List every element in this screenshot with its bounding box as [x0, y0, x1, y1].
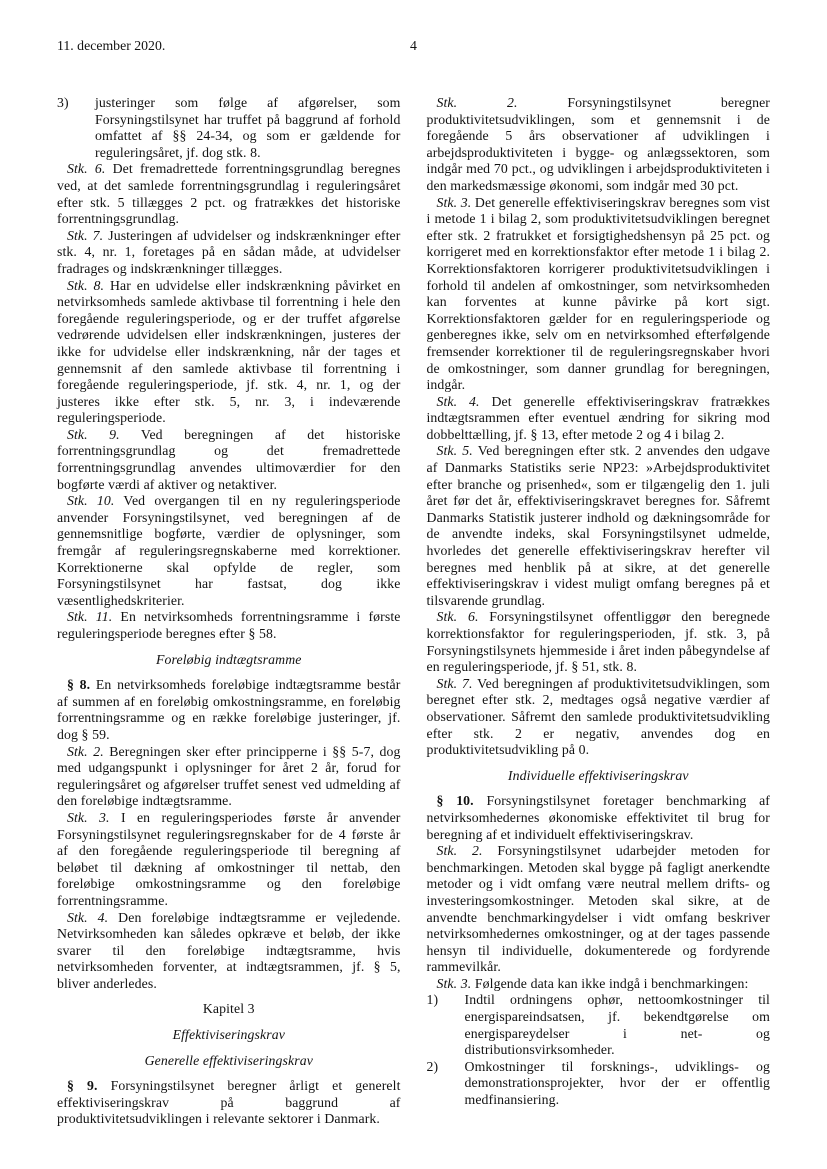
paragraph-text: Ved overgangen til en ny reguleringsperi…	[57, 493, 401, 608]
stk-label: Stk. 2.	[437, 95, 518, 110]
list-item: 1)Indtil ordningens ophør, nettoomkostni…	[427, 992, 771, 1058]
list-marker: 3)	[57, 95, 69, 112]
paragraph: § 9. Forsyningstilsynet beregner årligt …	[57, 1078, 401, 1128]
page-number: 4	[57, 38, 770, 54]
stk-label: Stk. 4.	[67, 910, 108, 925]
text-columns: 3)justeringer som følge af afgørelser, s…	[57, 95, 770, 1129]
stk-label: Stk. 11.	[67, 609, 112, 624]
paragraph: Stk. 2. Beregningen sker efter princippe…	[57, 744, 401, 810]
paragraph-text: En netvirksomheds foreløbige indtægtsram…	[57, 677, 401, 742]
paragraph: Stk. 3. I en reguleringsperiodes første …	[57, 810, 401, 910]
paragraph: Stk. 3. Følgende data kan ikke indgå i b…	[427, 976, 771, 993]
paragraph-text: Følgende data kan ikke indgå i benchmark…	[475, 976, 749, 991]
paragraph: Stk. 4. Den foreløbige indtægtsramme er …	[57, 910, 401, 993]
list-marker: 1)	[427, 992, 439, 1009]
chapter-heading: Kapitel 3	[57, 1001, 401, 1018]
paragraph: Stk. 7. Ved beregningen af produktivitet…	[427, 676, 771, 759]
stk-label: Stk. 6.	[67, 161, 105, 176]
paragraph: Stk. 6. Forsyningstilsynet offentliggør …	[427, 609, 771, 675]
section-heading: Individuelle effektiviseringskrav	[427, 768, 771, 785]
paragraph-text: Forsyningstilsynet offentliggør den bere…	[427, 609, 771, 674]
paragraph-text: Forsyningstilsynet udarbejder metoden fo…	[427, 843, 771, 974]
stk-label: Stk. 3.	[67, 810, 110, 825]
paragraph-text: Forsyningstilsynet foretager benchmarkin…	[427, 793, 771, 841]
stk-label: Stk. 7.	[437, 676, 473, 691]
stk-label: Stk. 7.	[67, 228, 103, 243]
list-item: 3)justeringer som følge af afgørelser, s…	[57, 95, 401, 161]
list-item-text: Indtil ordningens ophør, nettoomkostning…	[465, 992, 771, 1057]
stk-label: Stk. 2.	[67, 744, 104, 759]
paragraph: Stk. 3. Det generelle effektiviseringskr…	[427, 195, 771, 394]
paragraph: Stk. 2. Forsyningstilsynet udarbejder me…	[427, 843, 771, 976]
stk-label: Stk. 8.	[67, 278, 104, 293]
paragraph-text: Det fremadrettede forrentningsgrundlag b…	[57, 161, 401, 226]
list-item-text: justeringer som følge af afgørelser, som…	[95, 95, 401, 160]
paragraph-text: Den foreløbige indtægtsramme er vejleden…	[57, 910, 401, 991]
stk-label: Stk. 3.	[437, 195, 472, 210]
list-item: 2)Omkostninger til forsknings-, udviklin…	[427, 1059, 771, 1109]
section-heading: Foreløbig indtægtsramme	[57, 652, 401, 669]
right-column: Stk. 2. Forsyningstilsynet beregner prod…	[427, 95, 771, 1129]
stk-label: Stk. 6.	[437, 609, 479, 624]
paragraph: Stk. 10. Ved overgangen til en ny regule…	[57, 493, 401, 609]
stk-label: Stk. 10.	[67, 493, 114, 508]
paragraph: Stk. 8. Har en udvidelse eller indskrænk…	[57, 278, 401, 427]
section-heading: Generelle effektiviseringskrav	[57, 1053, 401, 1070]
paragraph: Stk. 9. Ved beregningen af det historisk…	[57, 427, 401, 493]
paragraph-text: Har en udvidelse eller indskrænkning påv…	[57, 278, 401, 426]
stk-label: Stk. 2.	[437, 843, 483, 858]
stk-label: Stk. 9.	[67, 427, 120, 442]
section-label: § 10.	[437, 793, 474, 808]
paragraph: Stk. 11. En netvirksomheds forrentningsr…	[57, 609, 401, 642]
page-header: 11. december 2020. 4	[57, 38, 770, 56]
paragraph: Stk. 5. Ved beregningen efter stk. 2 anv…	[427, 443, 771, 609]
section-label: § 8.	[67, 677, 90, 692]
paragraph-text: Justeringen af udvidelser og indskrænkni…	[57, 228, 401, 276]
paragraph: § 10. Forsyningstilsynet foretager bench…	[427, 793, 771, 843]
paragraph-text: Det generelle effektiviseringskrav bereg…	[427, 195, 771, 393]
paragraph-text: Beregningen sker efter principperne i §§…	[57, 744, 401, 809]
paragraph: § 8. En netvirksomheds foreløbige indtæg…	[57, 677, 401, 743]
stk-label: Stk. 4.	[437, 394, 480, 409]
section-label: § 9.	[67, 1078, 98, 1093]
paragraph: Stk. 4. Det generelle effektiviseringskr…	[427, 394, 771, 444]
paragraph-text: Ved beregningen efter stk. 2 anvendes de…	[427, 443, 771, 607]
list-marker: 2)	[427, 1059, 439, 1076]
section-heading: Effektiviseringskrav	[57, 1027, 401, 1044]
left-column: 3)justeringer som følge af afgørelser, s…	[57, 95, 401, 1129]
paragraph-text: Ved beregningen af produktivitetsudvikli…	[427, 676, 771, 757]
list-item-text: Omkostninger til forsknings-, udviklings…	[465, 1059, 771, 1107]
document-page: 11. december 2020. 4 3)justeringer som f…	[0, 0, 827, 1169]
paragraph: Stk. 7. Justeringen af udvidelser og ind…	[57, 228, 401, 278]
stk-label: Stk. 5.	[437, 443, 473, 458]
paragraph: Stk. 6. Det fremadrettede forrentningsgr…	[57, 161, 401, 227]
stk-label: Stk. 3.	[437, 976, 472, 991]
paragraph-text: Forsyningstilsynet beregner årligt et ge…	[57, 1078, 401, 1126]
paragraph: Stk. 2. Forsyningstilsynet beregner prod…	[427, 95, 771, 195]
